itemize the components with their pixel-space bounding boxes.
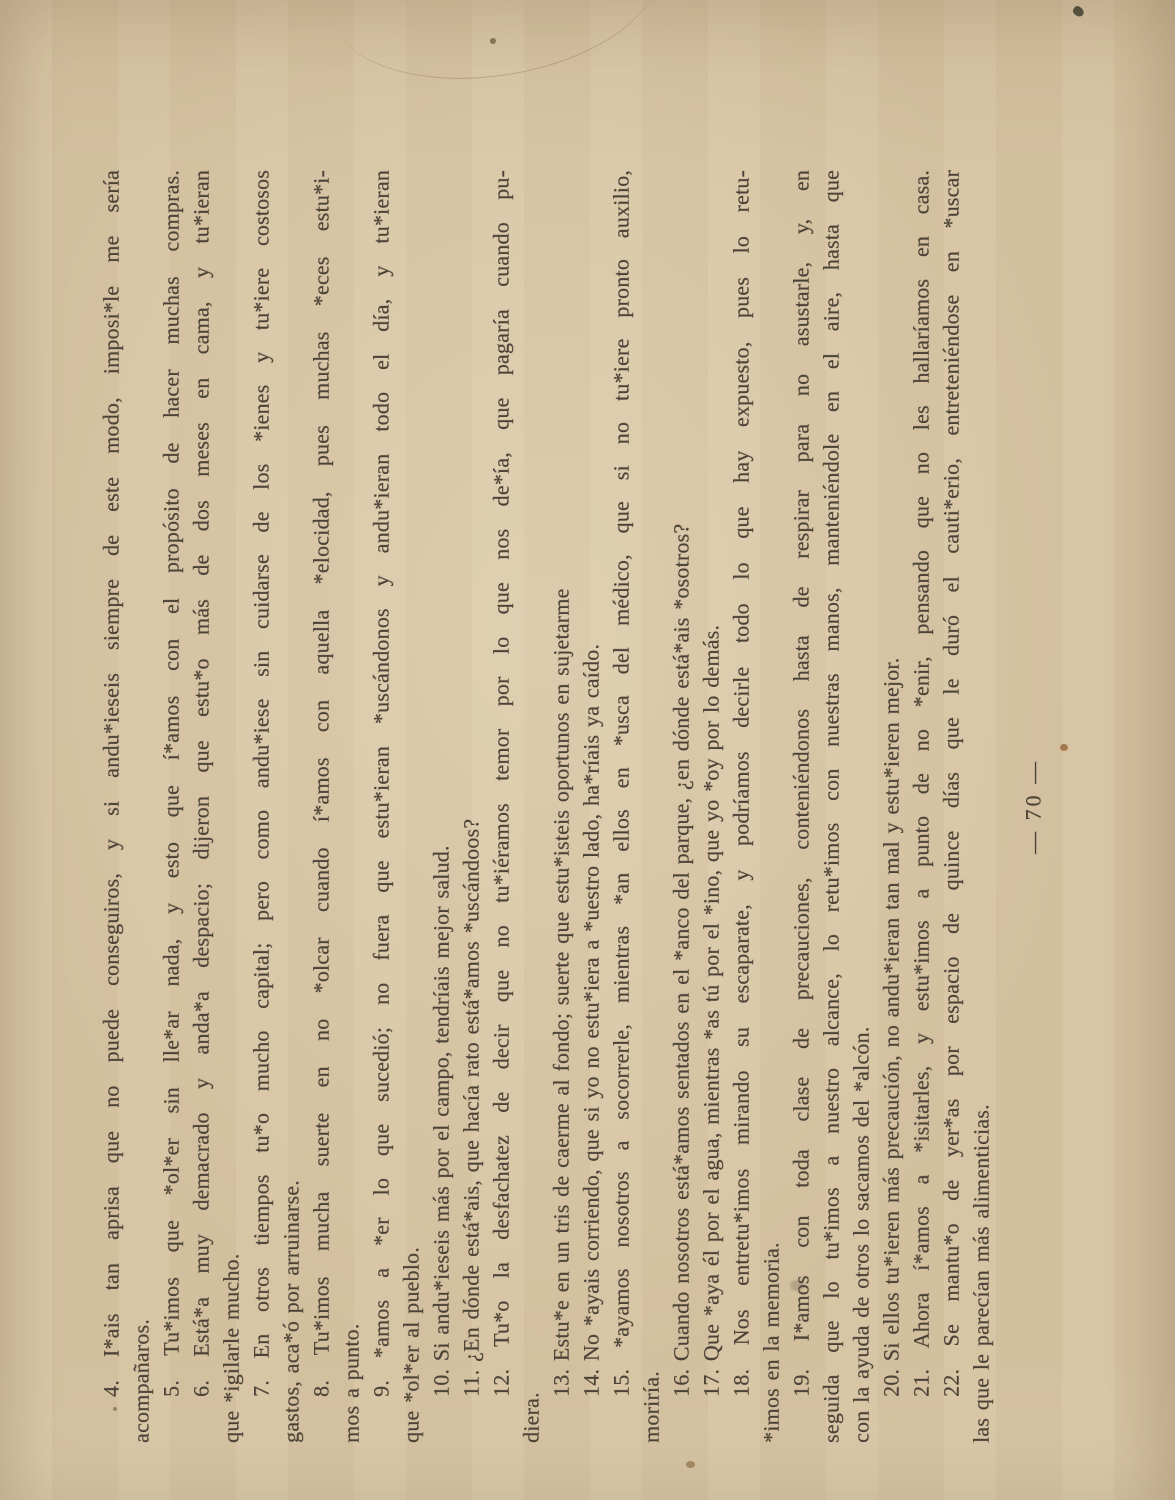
scanned-page: 4. I*ais tan aprisa que no puede consegu… bbox=[0, 0, 1175, 1500]
exercise-line: que *ol*er al pueblo. bbox=[396, 170, 426, 1443]
exercise-line: 9. *amos a *er lo que sucedió; no fuera … bbox=[366, 170, 396, 1443]
exercise-line: 4. I*ais tan aprisa que no puede consegu… bbox=[96, 170, 126, 1443]
exercise-line: 10. Si andu*ieseis más por el campo, ten… bbox=[426, 170, 456, 1443]
exercise-line: acompañaros. bbox=[126, 170, 156, 1443]
exercise-line: 22. Se mantu*o de yer*as por espacio de … bbox=[936, 170, 966, 1443]
exercise-line: 6. Está*a muy demacrado y anda*a despaci… bbox=[186, 170, 216, 1443]
exercise-line: *imos en la memoria. bbox=[756, 170, 786, 1443]
exercise-line: 7. En otros tiempos tu*o mucho capital; … bbox=[246, 170, 276, 1443]
exercise-line: 5. Tu*imos que *ol*er sin lle*ar nada, y… bbox=[156, 170, 186, 1443]
exercise-line: que *igilarle mucho. bbox=[216, 170, 246, 1443]
exercise-line: 20. Si ellos tu*ieren más precaución, no… bbox=[876, 170, 906, 1443]
exercise-line: 8. Tu*imos mucha suerte en no *olcar cua… bbox=[306, 170, 336, 1443]
exercise-line: diera. bbox=[516, 170, 546, 1443]
exercise-line: 11. ¿En dónde está*ais, que hacía rato e… bbox=[456, 170, 486, 1443]
exercise-line: 15. *ayamos nosotros a socorrerle, mient… bbox=[606, 170, 636, 1443]
exercise-text-block: 4. I*ais tan aprisa que no puede consegu… bbox=[96, 170, 996, 1443]
exercise-line: las que le parecían más alimenticias. bbox=[966, 170, 996, 1443]
exercise-line: con la ayuda de otros lo sacamos del *al… bbox=[846, 170, 876, 1443]
page-content: 4. I*ais tan aprisa que no puede consegu… bbox=[0, 0, 1175, 1500]
exercise-line: 19. I*amos con toda clase de precaucione… bbox=[786, 170, 816, 1443]
exercise-line: seguida que lo tu*imos a nuestro alcance… bbox=[816, 170, 846, 1443]
page-number: — 70 — bbox=[1018, 170, 1048, 1443]
exercise-line: 14. No *ayais corriendo, que si yo no es… bbox=[576, 170, 606, 1443]
exercise-line: mos a punto. bbox=[336, 170, 366, 1443]
exercise-line: 16. Cuando nosotros está*amos sentados e… bbox=[666, 170, 696, 1443]
exercise-line: 18. Nos entretu*imos mirando su escapara… bbox=[726, 170, 756, 1443]
exercise-line: 13. Estu*e en un tris de caerme al fondo… bbox=[546, 170, 576, 1443]
exercise-line: moriría. bbox=[636, 170, 666, 1443]
exercise-line: 17. Que *aya él por el agua, mientras *a… bbox=[696, 170, 726, 1443]
exercise-line: 12. Tu*o la desfachatez de decir que no … bbox=[486, 170, 516, 1443]
exercise-line: 21. Ahora í*amos a *isitarles, y estu*im… bbox=[906, 170, 936, 1443]
exercise-line: gastos, aca*ó por arruinarse. bbox=[276, 170, 306, 1443]
